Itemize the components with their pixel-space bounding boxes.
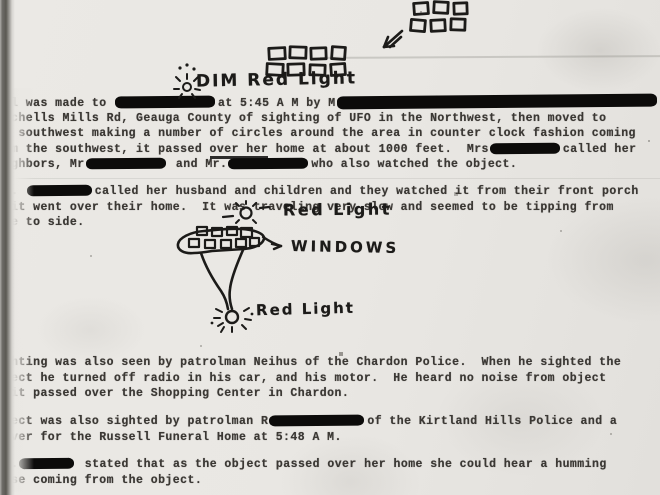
typed-line: Mrs. stated that as the object passed ov… xyxy=(0,457,607,473)
typed-line: from the southwest, it passed over her h… xyxy=(0,142,660,158)
typed-text: the southwest making a number of circles… xyxy=(0,127,636,140)
typed-paragraph-4: Object was also sighted by patrolman Rof… xyxy=(0,414,617,445)
typed-text: at 5:45 A M by M xyxy=(218,97,336,110)
typed-line: Object was also sighted by patrolman Rof… xyxy=(0,414,617,430)
typed-text: Call was made to xyxy=(0,97,114,110)
top-red-light-label: Red Light xyxy=(283,200,392,220)
typed-text: side to side. xyxy=(0,216,85,229)
typed-text: Object was also sighted by patrolman R xyxy=(0,415,268,428)
typed-text: object he turned off radio in his car, a… xyxy=(0,372,607,385)
typed-text: from the southwest, it passed xyxy=(0,143,210,156)
redaction-bar xyxy=(86,158,166,170)
typed-text: Mitchells Mills Rd, Geauga County of sig… xyxy=(0,112,607,125)
typed-line: Mitchells Mills Rd, Geauga County of sig… xyxy=(0,111,660,127)
typed-text: Sighting was also seen by patrolman Neih… xyxy=(0,356,621,369)
redaction-bar xyxy=(337,94,657,110)
typed-line: Sighting was also seen by patrolman Neih… xyxy=(0,355,621,371)
typed-paragraph-3: Sighting was also seen by patrolman Neih… xyxy=(0,355,621,402)
typed-text: noise coming from the object. xyxy=(0,474,202,487)
typed-text: over her xyxy=(210,143,269,159)
typed-paragraph-5: Mrs. stated that as the object passed ov… xyxy=(0,457,607,488)
typed-text: Mrs. xyxy=(0,458,18,471)
typed-text: and Mr. xyxy=(169,158,228,171)
typed-text: who also watched the object. xyxy=(311,158,517,171)
windows-label: WINDOWS xyxy=(291,237,400,257)
typed-text: as it passed over the Shopping Center in… xyxy=(0,387,349,400)
crease-line xyxy=(320,55,660,59)
redaction-bar xyxy=(27,185,92,197)
typed-line: as it passed over the Shopping Center in… xyxy=(0,386,621,402)
crease-line xyxy=(0,178,660,179)
redaction-bar xyxy=(490,142,560,154)
window-squares-top-right-sketch xyxy=(406,0,472,38)
typed-line: object he turned off radio in his car, a… xyxy=(0,371,621,387)
typed-text: called her husband and children and they… xyxy=(95,185,639,198)
typed-line: noise coming from the object. xyxy=(0,473,607,489)
typed-text: of the Kirtland Hills Police and a xyxy=(367,415,617,428)
redaction-bar xyxy=(19,458,74,469)
typed-line: Mrs. called her husband and children and… xyxy=(0,184,639,200)
typed-line: neighbors, Mr and Mr.who also watched th… xyxy=(0,157,660,173)
bottom-red-light-label: Red Light xyxy=(256,299,355,320)
dim-red-light-label: DIM Red Light xyxy=(196,68,357,91)
typed-text: home at about 1000 feet. Mrs xyxy=(268,143,489,156)
typed-text: called her xyxy=(563,143,637,156)
redaction-bar xyxy=(228,158,308,170)
paper-specks xyxy=(0,0,2,2)
ufo-sketch xyxy=(170,224,300,339)
redaction-bar xyxy=(269,415,364,427)
typed-text: driver for the Russell Funeral Home at 5… xyxy=(0,431,342,444)
typed-line: driver for the Russell Funeral Home at 5… xyxy=(0,430,617,446)
typed-paragraph-1: Call was made to at 5:45 A M by MMitchel… xyxy=(0,95,660,173)
typed-text: Mrs. xyxy=(0,185,26,198)
red-light-starburst-icon xyxy=(222,200,270,226)
typed-line: the southwest making a number of circles… xyxy=(0,126,660,142)
arrow-annotation-icon xyxy=(377,28,405,52)
typed-line: Call was made to at 5:45 A M by M xyxy=(0,95,660,111)
typed-text: stated that as the object passed over he… xyxy=(77,458,606,471)
scanned-document-page: DIM Red Light Call was made to at 5:45 A… xyxy=(0,0,660,495)
typed-text: neighbors, Mr xyxy=(0,158,85,171)
